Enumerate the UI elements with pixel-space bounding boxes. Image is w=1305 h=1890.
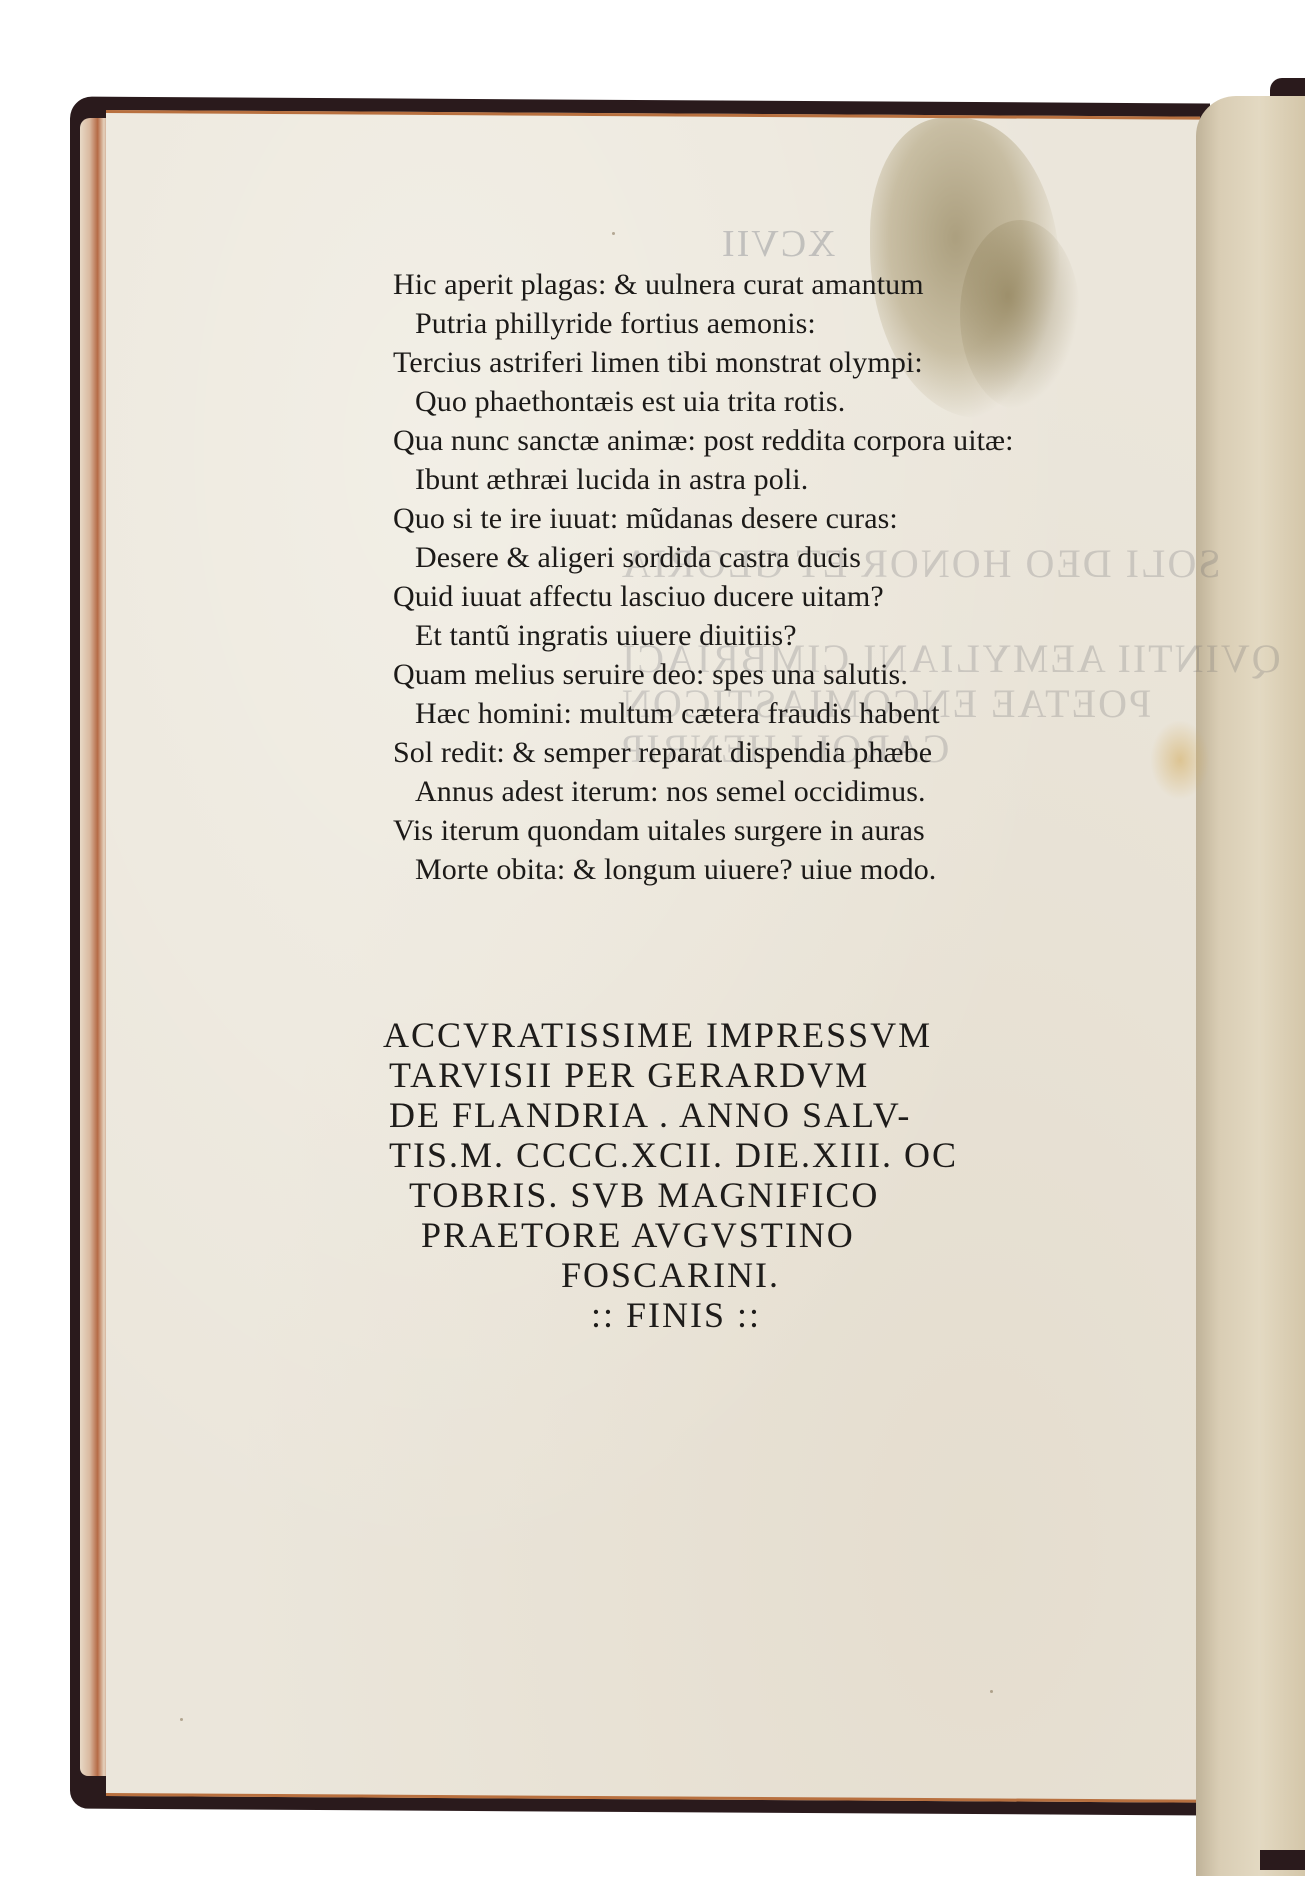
verse-line: Tercius astriferi limen tibi monstrat ol… bbox=[393, 343, 1153, 382]
paper-speck bbox=[990, 1690, 993, 1693]
colophon-line: TIS.M. CCCC.XCII. DIE.XIII. OC bbox=[383, 1135, 1063, 1175]
colophon-line: ACCVRATISSIME IMPRESSVM bbox=[383, 1015, 1063, 1055]
paper-speck bbox=[612, 232, 615, 235]
verse-line: Hic aperit plagas: & uulnera curat amant… bbox=[393, 265, 1153, 304]
verse-line: Qua nunc sanctæ animæ: post reddita corp… bbox=[393, 421, 1153, 460]
verse-line: Morte obita: & longum uiuere? uiue modo. bbox=[393, 850, 1153, 889]
verse-line: Sol redit: & semper reparat dispendia ph… bbox=[393, 733, 1153, 772]
facing-cover-foot bbox=[1260, 1850, 1305, 1870]
verse-line: Quo phaethontæis est uia trita rotis. bbox=[393, 382, 1153, 421]
verse-line: Quam melius seruire deo: spes una saluti… bbox=[393, 655, 1153, 694]
verse-line: Vis iterum quondam uitales surgere in au… bbox=[393, 811, 1153, 850]
verse-line: Ibunt æthræi lucida in astra poli. bbox=[393, 460, 1153, 499]
colophon-line: FOSCARINI. bbox=[383, 1255, 1063, 1295]
foxing-spot bbox=[1150, 720, 1210, 800]
finis-line: :: FINIS :: bbox=[383, 1295, 1063, 1335]
verse-line: Putria phillyride fortius aemonis: bbox=[393, 304, 1153, 343]
colophon-line: DE FLANDRIA . ANNO SALV- bbox=[383, 1095, 1063, 1135]
paper-speck bbox=[180, 1718, 183, 1721]
verse-block: Hic aperit plagas: & uulnera curat amant… bbox=[393, 265, 1153, 889]
colophon: ACCVRATISSIME IMPRESSVM TARVISII PER GER… bbox=[383, 1015, 1063, 1335]
colophon-line: PRAETORE AVGVSTINO bbox=[383, 1215, 1063, 1255]
verse-line: Hæc homini: multum cætera fraudis habent bbox=[393, 694, 1153, 733]
verse-line: Quid iuuat affectu lasciuo ducere uitam? bbox=[393, 577, 1153, 616]
verse-line: Et tantũ ingratis uiuere diuitiis? bbox=[393, 616, 1153, 655]
verse-line: Annus adest iterum: nos semel occidimus. bbox=[393, 772, 1153, 811]
facing-page-curl bbox=[1196, 96, 1305, 1876]
verse-line: Quo si te ire iuuat: mũdanas desere cura… bbox=[393, 499, 1153, 538]
colophon-line: TARVISII PER GERARDVM bbox=[383, 1055, 1063, 1095]
verse-line: Desere & aligeri sordida castra ducis bbox=[393, 538, 1153, 577]
folio-showthrough: XCVII bbox=[720, 222, 836, 266]
colophon-line: TOBRIS. SVB MAGNIFICO bbox=[383, 1175, 1063, 1215]
